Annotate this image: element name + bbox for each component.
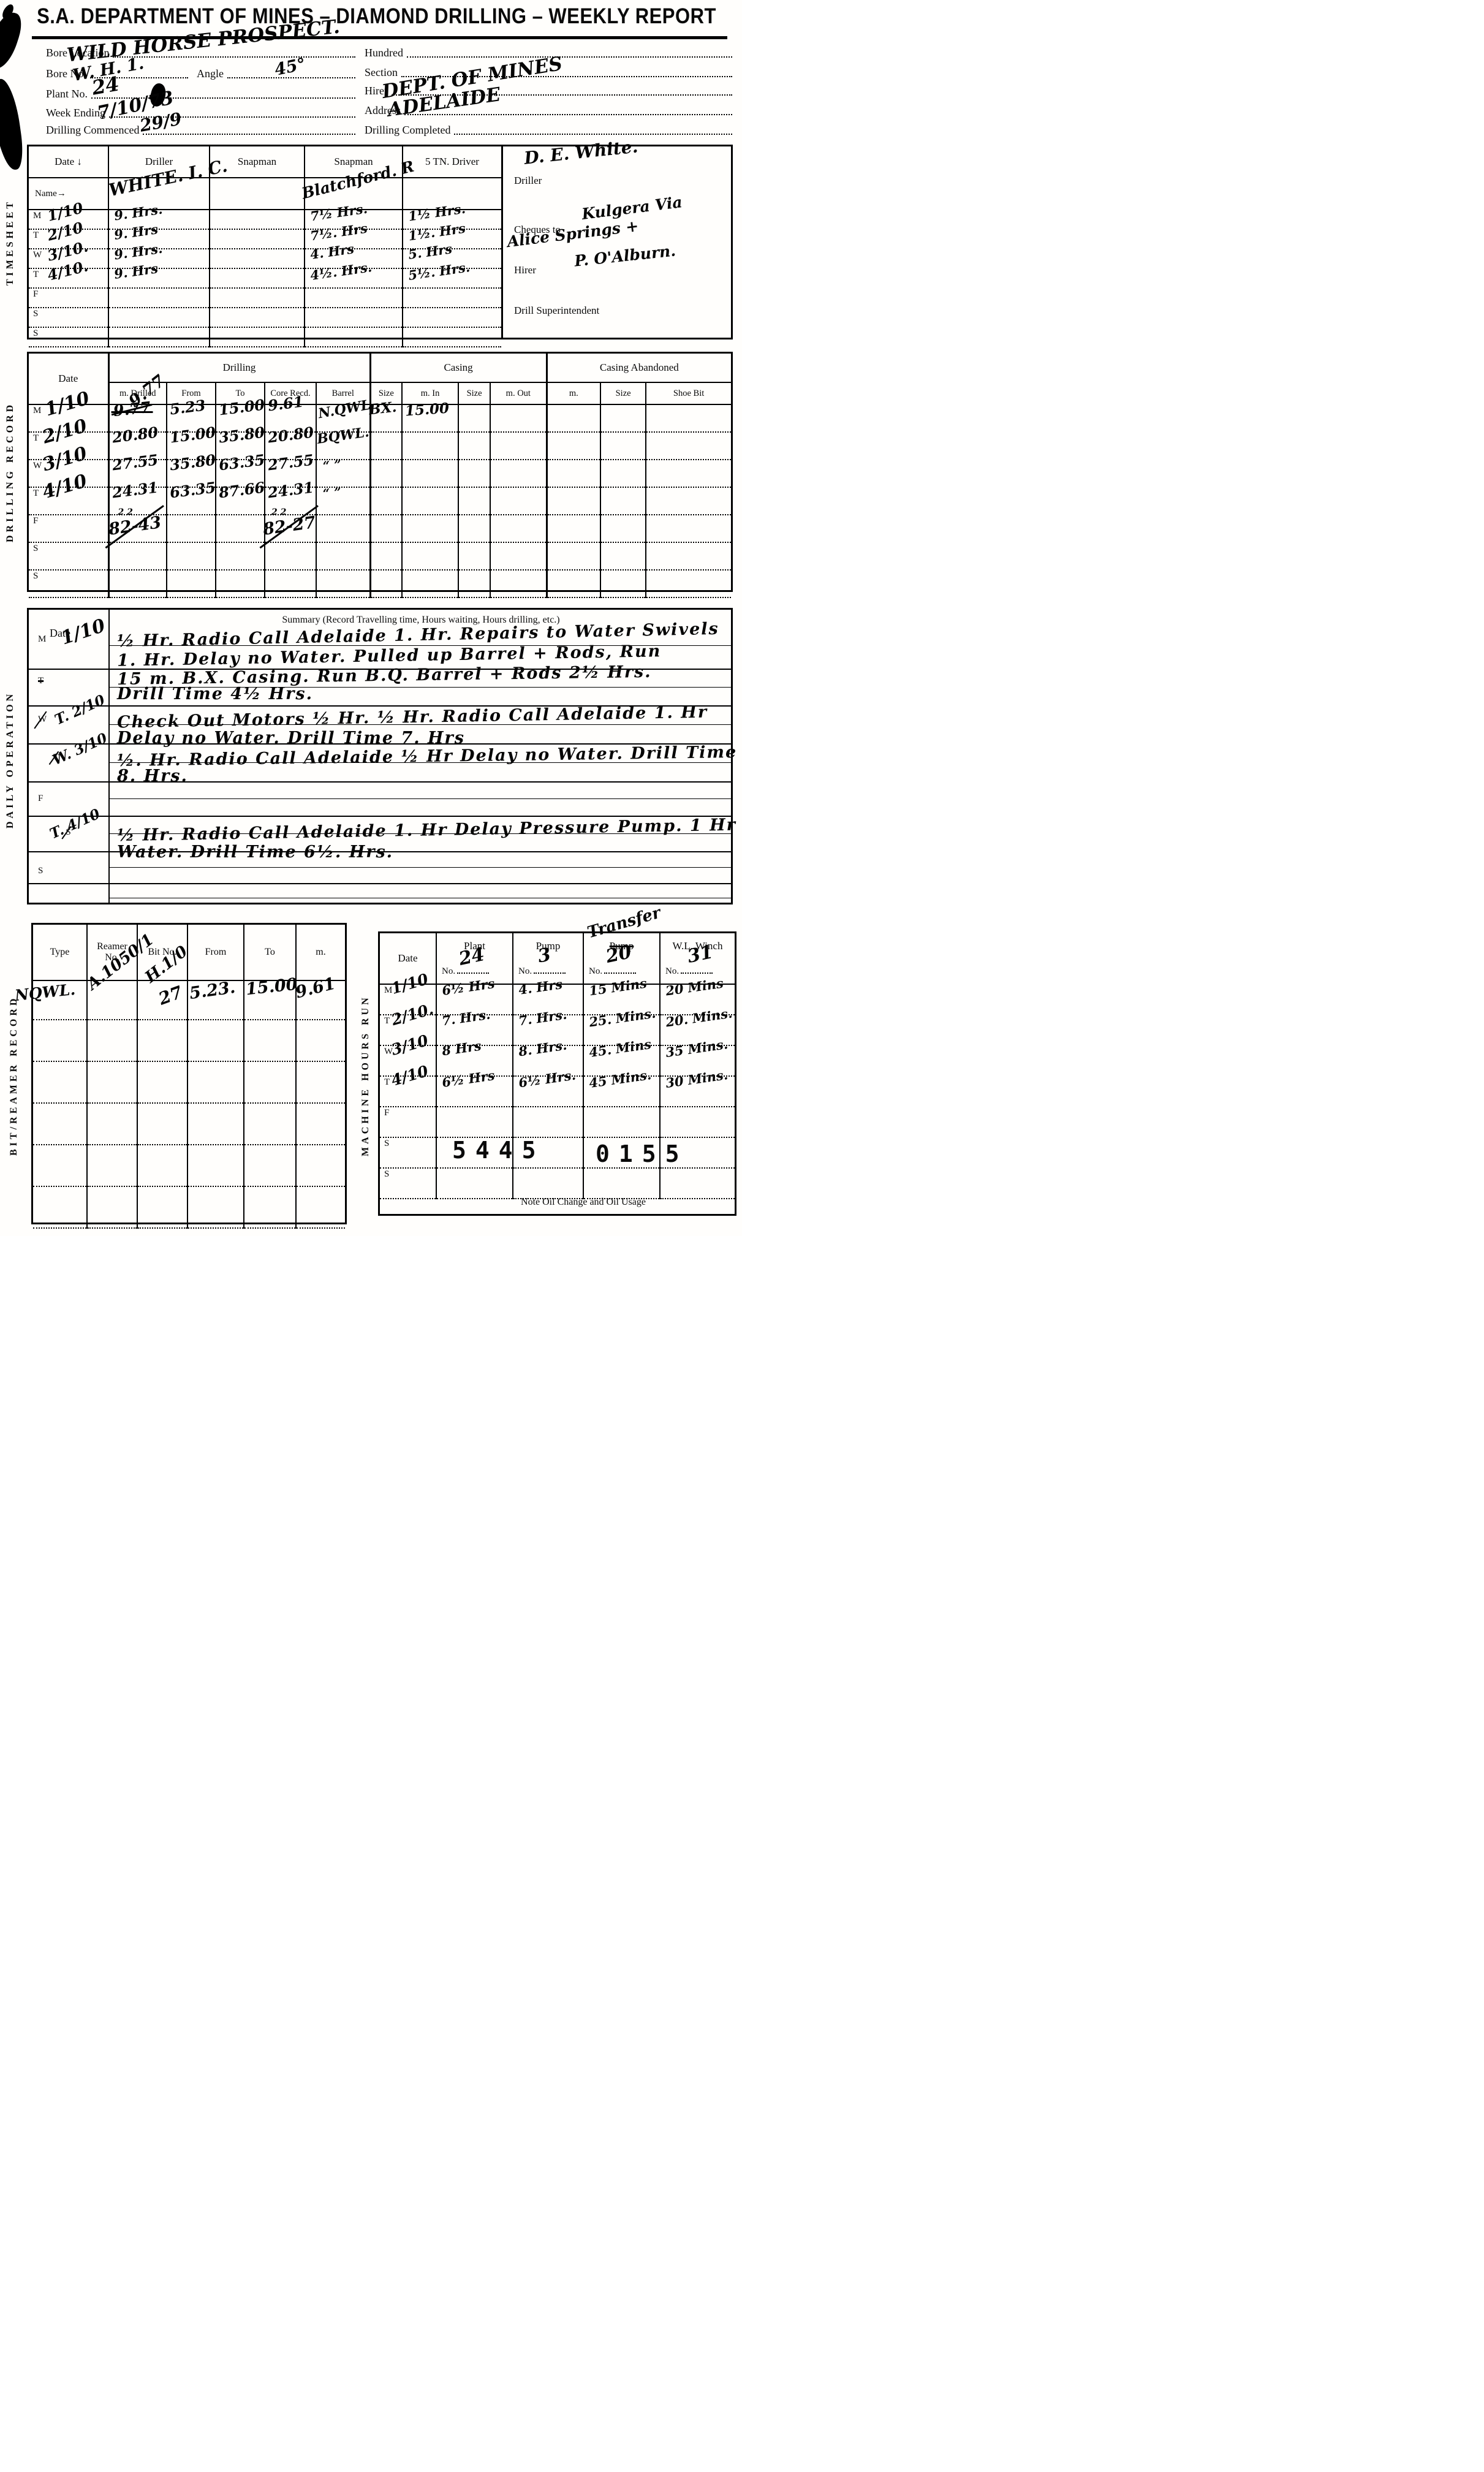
col-header-date: Date ↓ [29,146,108,178]
day-letter: T [380,1016,390,1026]
col-header-size-abandoned: Size [600,382,646,404]
drilling-row: F 2 2 82-43 2 2 82-27 [29,515,731,542]
oil-change-note: Note Oil Change and Oil Usage [436,1197,730,1208]
col-header-shoe-bit: Shoe Bit [646,382,731,404]
handwritten-ditto: “ ” [322,486,342,500]
timesheet-side-panel: D. E. White. Driller Cheques to Kulgera … [501,146,731,338]
timesheet-row: T4/10. 9. Hrs 4½. Hrs. 5½. Hrs. [29,268,501,288]
handwritten-from: 15.00 [169,425,217,445]
rule-line [29,883,731,884]
handwritten-core: 20.80 [267,425,315,445]
machine-hours-row: S [380,1168,735,1199]
section-label-machine-hours: MACHINE HOURS RUN [360,950,371,1201]
daily-operation-section: Date Summary (Record Travelling time, Ho… [27,608,733,904]
day-letter: S [34,866,43,876]
bit-reamer-row [33,1145,345,1186]
bit-reamer-row: NQWL. 27 5.23. 15.00 9.61 [33,980,345,1020]
col-header-from: From [187,925,244,980]
section-label-timesheet: TIMESHEET [5,153,16,331]
handwritten-cheques-line2: Alice Springs + [506,218,639,249]
group-header-casing-abandoned: Casing Abandoned [547,354,731,382]
field-week-ending: Week Ending [46,107,355,119]
drilling-record-section: Date Drilling Casing Casing Abandoned m.… [27,352,733,592]
handwritten-date: T. 2/10 [53,692,107,727]
col-header-m-abandoned: m. [547,382,600,404]
day-letter: T [29,270,39,279]
handwritten-to: 15.00 [245,976,298,998]
handwritten-plant-no: 24 [91,74,121,97]
rule-line [110,798,731,799]
handwritten-to: 35.80 [218,425,266,445]
section-label-bit-reamer: BIT/REAMER RECORD [9,944,20,1207]
handwritten-summary-line: Check Out Motors ½ Hr. ½ Hr. Radio Call … [117,704,708,731]
day-letter: S [29,328,38,338]
handwritten-m-drilled-total: 82-43 [107,514,162,538]
field-drilling-completed: Drilling Completed [365,124,732,137]
handwritten-to: 63.35 [218,453,266,473]
bit-reamer-section: Type ReamerNo. Bit No. From To m. NQWL. … [31,923,347,1224]
day-letter: M [34,634,46,645]
drilling-row: S [29,542,731,570]
handwritten-plant-no: 24 [457,946,486,969]
timesheet-name-row: Name→ WHITE. I. C. Blatchford. R [29,178,501,210]
day-letter: T [29,488,39,498]
bit-reamer-table: Type ReamerNo. Bit No. From To m. NQWL. … [33,925,345,1229]
dotted-line [227,77,355,78]
handwritten-driller-signature: D. E. White. [523,138,638,167]
day-letter: F [29,516,38,526]
drilling-row: T4/10 24.31 63.35 87.66 24.31 “ ” [29,487,731,515]
handwritten-m-drilled: 20.80 [111,425,159,445]
drill-superintendent-label: Drill Superintendent [514,305,599,317]
handwritten-summary-line: ½. Hr. Radio Call Adelaide ½ Hr Delay no… [117,744,738,769]
day-letter: S [29,571,38,581]
page-title: S.A. DEPARTMENT OF MINES – DIAMOND DRILL… [26,4,727,29]
day-letter: S [29,544,38,553]
handwritten-m-drilled: 27.55 [111,453,159,473]
handwritten-to: 87.66 [218,480,266,501]
timesheet-header-row: Date ↓ Driller Snapman Snapman 5 TN. Dri… [29,146,501,178]
handwritten-ditto: “ ” [322,458,342,472]
handwritten-from: 35.80 [169,453,217,473]
snapman1-name-cell [210,178,305,210]
bit-reamer-row [33,1061,345,1103]
section-label-drilling-record: DRILLING RECORD [5,368,16,576]
handwritten-bit-no: 27 [156,984,184,1008]
handwritten-cheques-line3: P. O'Alburn. [574,243,676,268]
bit-reamer-row [33,1020,345,1061]
timesheet-section: Date ↓ Driller Snapman Snapman 5 TN. Dri… [27,145,733,339]
handwritten-from: 5.23 [169,398,206,417]
rule-line [29,816,731,817]
driller-signature-label: Driller [514,175,542,187]
bit-reamer-row [33,1103,345,1145]
day-letter: T [29,433,39,443]
day-letter: M [29,211,41,221]
dotted-line [457,972,489,974]
timesheet-row: S [29,308,501,327]
day-letter: F [34,794,43,804]
handwritten-core: 24.31 [267,480,315,501]
handwritten-core: 9.61 [267,395,305,414]
hirer-signature-label: Hirer [514,264,536,276]
handwritten-casing-size: BX. [368,400,396,417]
col-header-m: m. [296,925,345,980]
day-letter: S [29,309,38,319]
field-label: Plant No. [46,88,88,100]
dotted-line [454,134,732,135]
day-letter: S [380,1169,389,1179]
col-header-size-out: Size [458,382,490,404]
drilling-group-header: Date Drilling Casing Casing Abandoned [29,354,731,382]
handwritten-casing-m-in: 15.00 [404,401,449,419]
field-label: Section [365,66,398,79]
handwritten-total-note: 2 2 [271,508,286,517]
day-letter: S [380,1139,389,1148]
handwritten-summary-line: Water. Drill Time 6½. Hrs. [117,844,393,860]
drilling-row: S [29,570,731,597]
bit-reamer-header-row: Type ReamerNo. Bit No. From To m. [33,925,345,980]
field-label: Drilling Commenced [46,124,139,137]
day-letter: F [380,1108,389,1118]
col-header-type: Type [33,925,87,980]
dotted-line [143,134,355,135]
date-column-divider [108,610,110,903]
handwritten-date: 1/10 [59,616,107,648]
field-label: Drilling Completed [365,124,450,137]
machine-hours-section: Date Plant Pump PumpTransfer W.L. Winch … [378,931,736,1216]
dotted-line [404,114,732,115]
handwritten-from: 63.35 [169,480,217,501]
handwritten-summary-line: Drill Time 4½ Hrs. [117,686,313,702]
dotted-line [681,972,713,974]
handwritten-transfer-scrawl: Transfer [586,905,662,941]
day-letter: W [29,461,42,471]
rule-line [110,898,731,898]
handwritten-date: W. 3/10 [50,731,109,768]
col-header-5tn-driver: 5 TN. Driver [403,146,501,178]
handwritten-total-note: 2 2 [118,508,133,517]
dotted-line [604,972,636,974]
dotted-line [407,56,732,58]
day-letter: W [29,250,42,260]
field-drilling-commenced: Drilling Commenced [46,124,355,137]
day-letter-struck: W [34,715,47,725]
day-letter-struck: T [34,676,44,686]
handwritten-hours: 8 Hrs [441,1039,482,1058]
group-header-casing: Casing [370,354,547,382]
handwritten-from: 5.23. [188,979,236,1002]
machine-hours-title-row: Date Plant Pump PumpTransfer W.L. Winch [380,933,735,959]
meter-stamp-right: 0155 [596,1140,689,1167]
handwritten-date: T. 4/10 [48,806,102,841]
timesheet-row: F [29,288,501,308]
timesheet-table: Date ↓ Driller Snapman Snapman 5 TN. Dri… [29,146,501,347]
handwritten-m-drilled: 24.31 [111,480,159,501]
field-label: Hundred [365,47,403,59]
handwritten-winch-no: 31 [686,943,714,966]
handwritten-summary-line: ½ Hr. Radio Call Adelaide 1. Hr Delay Pr… [117,816,742,844]
handwritten-transfer-no: 20 [604,943,633,966]
dotted-line [534,972,566,974]
rule-line [110,867,731,868]
machine-hours-row: T4/10 6½ Hrs 6½ Hrs. 45 Mins. 30 Mins. [380,1076,735,1107]
handwritten-core-total: 82-27 [262,514,317,538]
day-letter: M [29,406,41,415]
col-header-to: To [244,925,296,980]
handwritten-core: 27.55 [267,453,315,473]
day-letter: T [29,230,39,240]
col-header-m-out: m. Out [490,382,547,404]
handwritten-summary-line: 8. Hrs. [117,768,188,784]
day-letter: T [380,1077,390,1087]
handwritten-to: 15.00 [218,398,266,418]
meter-stamp-left: 5445 [452,1137,545,1164]
field-label-angle: Angle [197,67,224,80]
scanned-weekly-report-form: S.A. DEPARTMENT OF MINES – DIAMOND DRILL… [0,0,742,1236]
day-letter: F [29,289,38,299]
section-label-daily-operation: DAILY OPERATION [5,631,16,889]
bit-reamer-row [33,1186,345,1228]
machine-hours-row: F [380,1107,735,1137]
handwritten-type: NQWL. [14,982,76,1003]
handwritten-summary-line: Delay no Water. Drill Time 7. Hrs [117,730,465,746]
timesheet-row: S [29,327,501,347]
